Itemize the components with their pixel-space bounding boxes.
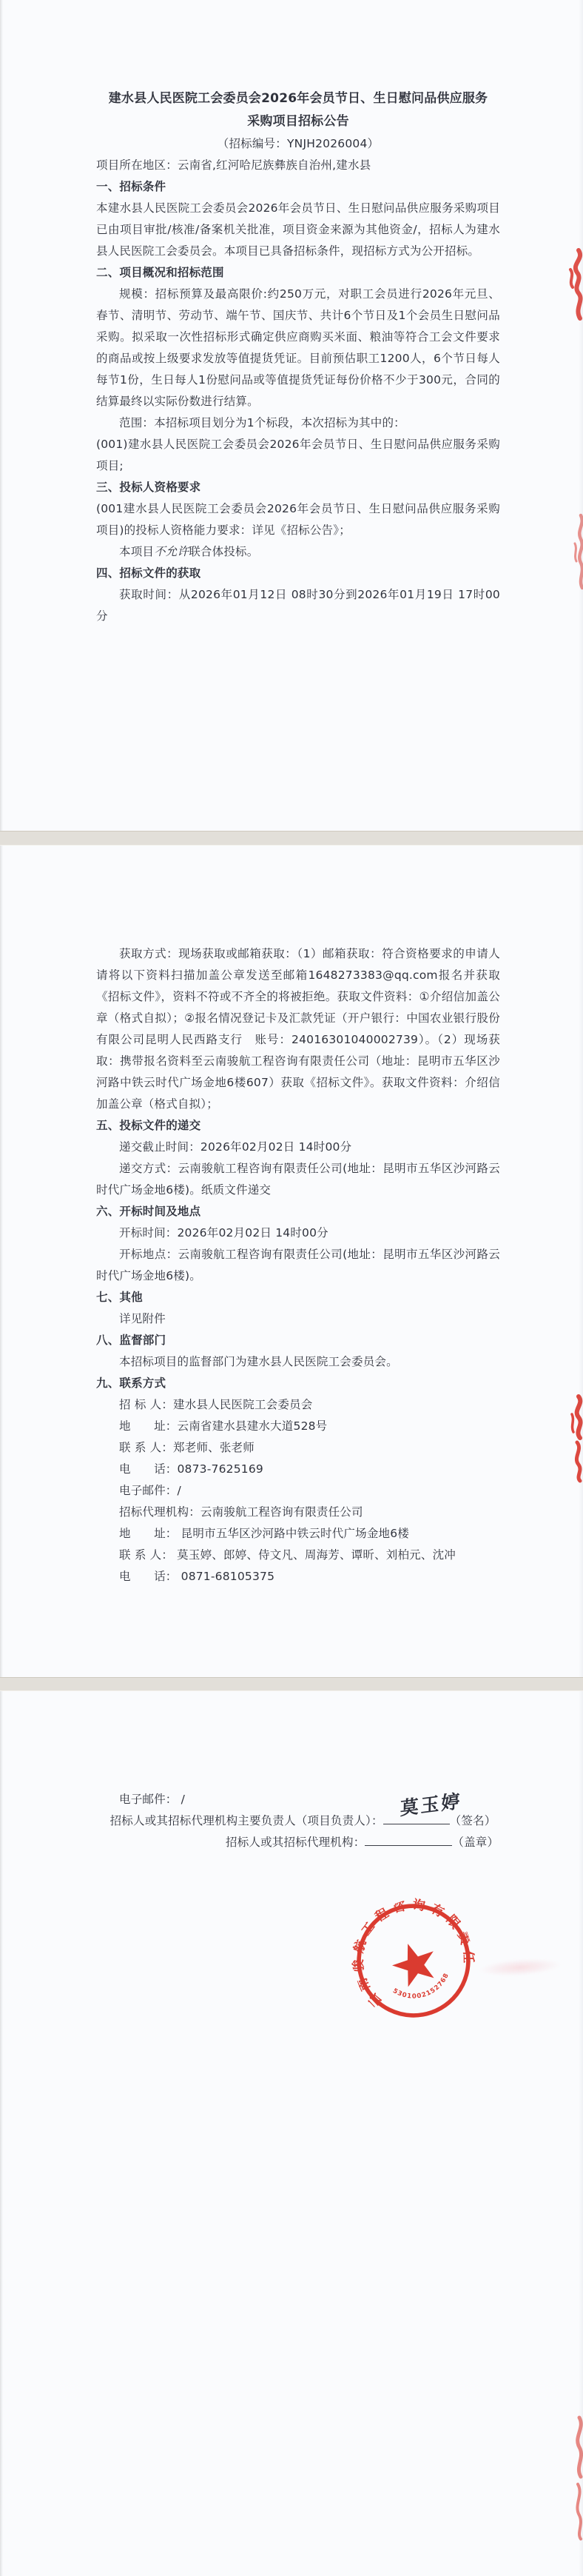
page-content: 建水县人民医院工会委员会2026年会员节日、生日慰问品供应服务采购项目招标公告（… — [0, 0, 583, 627]
text-run: 本项目 — [119, 545, 154, 558]
company-seal-stamp: 云南骏航工程咨询有限责任公司 5301002152768 — [337, 1884, 490, 2037]
paragraph: 开标地点：云南骏航工程咨询有限责任公司(地址：昆明市五华区沙河路云时代广场金地6… — [96, 1244, 500, 1287]
paragraph: 本招标项目的监督部门为建水县人民医院工会委员会。 — [96, 1351, 500, 1373]
page-2: 获取方式：现场获取或邮箱获取：（1）邮箱获取：符合资格要求的申请人请将以下资料扫… — [0, 846, 583, 1677]
paragraph: 本建水县人民医院工会委员会2026年会员节日、生日慰问品供应服务采购项目已由项目… — [96, 198, 500, 262]
paragraph: 详见附件 — [96, 1308, 500, 1330]
paragraph: 联 系 人：郑老师、张老师 — [96, 1437, 500, 1459]
paragraph: 招标代理机构：云南骏航工程咨询有限责任公司 — [96, 1502, 500, 1523]
section-heading: 七、其他 — [96, 1287, 500, 1308]
text-run: 不允许 — [154, 545, 189, 558]
section-heading: 四、招标文件的获取 — [96, 563, 500, 584]
paragraph: 本项目不允许联合体投标。 — [96, 541, 500, 563]
seal-blank — [365, 1834, 452, 1846]
section-heading: 八、监督部门 — [96, 1330, 500, 1351]
paragraph: (001建水县人民医院工会委员会2026年会员节日、生日慰问品供应服务采购项目)… — [96, 498, 500, 541]
page-content: 获取方式：现场获取或邮箱获取：（1）邮箱获取：符合资格要求的申请人请将以下资料扫… — [0, 846, 583, 1588]
paragraph: 项目所在地区：云南省,红河哈尼族彝族自治州,建水县 — [96, 155, 500, 176]
field-suffix: （签名） — [450, 1814, 496, 1827]
paragraph: 开标时间：2026年02月02日 14时00分 — [96, 1222, 500, 1244]
paragraph: 电 话：0873-7625169 — [96, 1459, 500, 1480]
signature-blank: 莫玉婷 — [383, 1813, 450, 1824]
paragraph: 电子邮件：/ — [96, 1480, 500, 1502]
signature-line: 招标人或其招标代理机构主要负责人（项目负责人）：莫玉婷（签名） — [96, 1810, 500, 1832]
page-gap — [0, 1677, 583, 1691]
paragraph: 联 系 人： 莫玉婷、郎婷、侍文凡、周海芳、谭昕、刘柏元、沈冲 — [96, 1545, 500, 1566]
field-suffix: （盖章） — [452, 1836, 499, 1849]
field-label: 招标人或其招标代理机构： — [226, 1836, 365, 1849]
doc-title: 建水县人民医院工会委员会2026年会员节日、生日慰问品供应服务采购项目招标公告 — [96, 87, 500, 133]
page-3: 电子邮件： /招标人或其招标代理机构主要负责人（项目负责人）：莫玉婷（签名）招标… — [0, 1691, 583, 2576]
red-edge-mark — [569, 2413, 583, 2543]
paragraph: 地 址：云南省建水县建水大道528号 — [96, 1416, 500, 1437]
paragraph: 规模：招标预算及最高限价:约250万元，对职工会员进行2026年元旦、春节、清明… — [96, 284, 500, 412]
section-heading: 九、联系方式 — [96, 1373, 500, 1394]
paragraph: 招 标 人：建水县人民医院工会委员会 — [96, 1394, 500, 1416]
paragraph: 递交截止时间：2026年02月02日 14时00分 — [96, 1137, 500, 1158]
paragraph: 地 址： 昆明市五华区沙河路中铁云时代广场金地6楼 — [96, 1523, 500, 1545]
scanned-tender-announcement: 建水县人民医院工会委员会2026年会员节日、生日慰问品供应服务采购项目招标公告（… — [0, 0, 583, 2573]
page-1: 建水县人民医院工会委员会2026年会员节日、生日慰问品供应服务采购项目招标公告（… — [0, 0, 583, 831]
paragraph: 电 话： 0871-68105375 — [96, 1566, 500, 1588]
text-run: 联合体投标。 — [189, 545, 258, 558]
section-heading: 一、招标条件 — [96, 176, 500, 198]
paragraph: 获取时间：从2026年01月12日 08时30分到2026年01月19日 17时… — [96, 584, 500, 627]
section-heading: 五、投标文件的递交 — [96, 1115, 500, 1137]
paragraph: (001)建水县人民医院工会委员会2026年会员节日、生日慰问品供应服务采购项目… — [96, 434, 500, 477]
section-heading: 二、项目概况和招标范围 — [96, 262, 500, 284]
page-content: 电子邮件： /招标人或其招标代理机构主要负责人（项目负责人）：莫玉婷（签名）招标… — [0, 1691, 583, 1853]
red-star-icon — [387, 1937, 442, 1990]
paragraph: 递交方式：云南骏航工程咨询有限责任公司(地址：昆明市五华区沙河路云时代广场金地6… — [96, 1158, 500, 1201]
paragraph: 范围：本招标项目划分为1个标段，本次招标为其中的： — [96, 412, 500, 434]
seal-line: 招标人或其招标代理机构：（盖章） — [96, 1832, 500, 1853]
field-label: 招标人或其招标代理机构主要负责人（项目负责人）： — [110, 1814, 383, 1827]
page-gap — [0, 831, 583, 846]
section-heading: 六、开标时间及地点 — [96, 1201, 500, 1222]
paragraph: 获取方式：现场获取或邮箱获取：（1）邮箱获取：符合资格要求的申请人请将以下资料扫… — [96, 943, 500, 1115]
ink-smudge — [479, 1956, 561, 1978]
tender-number: （招标编号：YNJH2026004） — [96, 133, 500, 155]
section-heading: 三、投标人资格要求 — [96, 477, 500, 498]
